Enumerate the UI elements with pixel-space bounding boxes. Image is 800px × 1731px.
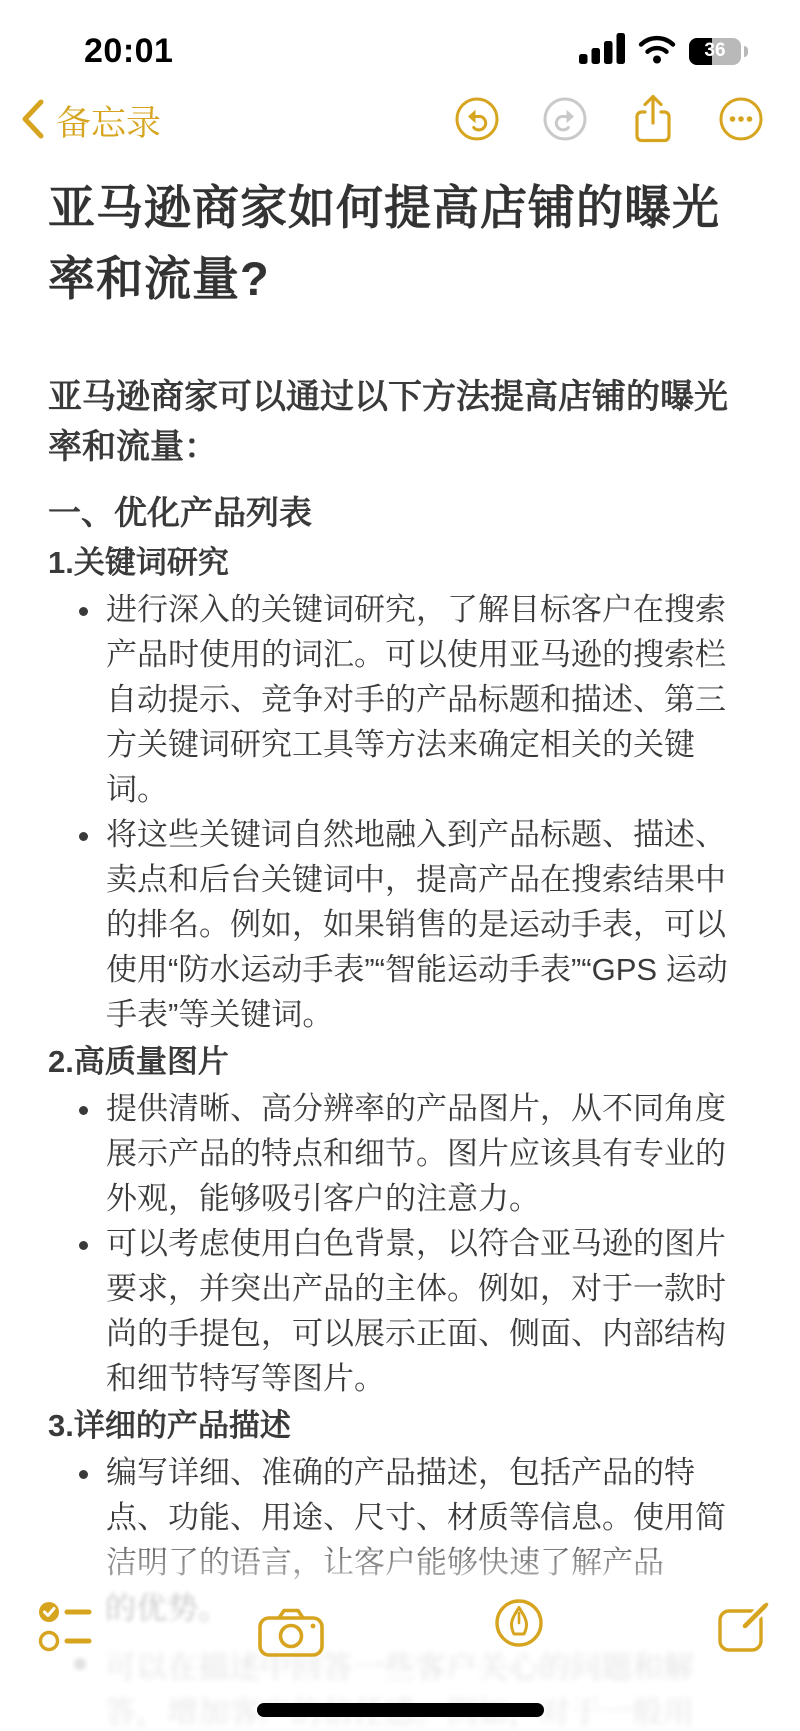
markup-icon [494,1635,544,1652]
share-button[interactable] [630,96,676,146]
back-button[interactable]: 备忘录 [20,96,161,146]
bullet-item: 可以考虑使用白色背景，以符合亚马逊的图片要求，并突出产品的主体。例如，对于一款时… [104,1221,746,1401]
more-button[interactable] [718,96,764,146]
checklist-button[interactable] [38,1598,92,1661]
status-icons: 36 [579,33,748,69]
redo-icon [542,96,588,147]
markup-button[interactable] [494,1598,544,1653]
battery-nub [744,46,748,57]
subsection-heading-images: 2.高质量图片 [48,1037,746,1086]
back-chevron-icon [20,98,46,145]
redo-button[interactable] [542,96,588,146]
undo-button[interactable] [454,96,500,146]
section-heading-1: 一、优化产品列表 [48,488,746,538]
nav-bar: 备忘录 [0,88,800,154]
undo-icon [454,96,500,147]
nav-actions [454,96,764,146]
note-intro: 亚马逊商家可以通过以下方法提高店铺的曝光率和流量： [48,372,746,472]
more-icon [718,96,764,147]
note-title: 亚马逊商家如何提高店铺的曝光率和流量? [48,172,746,314]
note-content: 亚马逊商家如何提高店铺的曝光率和流量? 亚马逊商家可以通过以下方法提高店铺的曝光… [0,150,800,1585]
battery-icon: 36 [689,38,741,65]
camera-button[interactable] [258,1606,324,1663]
home-indicator[interactable] [257,1703,544,1717]
bullet-item: 将这些关键词自然地融入到产品标题、描述、卖点和后台关键词中，提高产品在搜索结果中… [104,812,746,1037]
wifi-icon [637,34,677,69]
subsection-heading-description: 3.详细的产品描述 [48,1401,746,1450]
back-button-label: 备忘录 [56,96,161,146]
cellular-signal-icon [579,33,625,69]
bullet-list-keywords: 进行深入的关键词研究，了解目标客户在搜索产品时使用的词汇。可以使用亚马逊的搜索栏… [48,587,746,1037]
bullet-item: 提供清晰、高分辨率的产品图片，从不同角度展示产品的特点和细节。图片应该具有专业的… [104,1086,746,1221]
compose-icon [716,1641,770,1658]
bullet-list-images: 提供清晰、高分辨率的产品图片，从不同角度展示产品的特点和细节。图片应该具有专业的… [48,1086,746,1401]
compose-button[interactable] [716,1600,770,1659]
bottom-toolbar [0,1592,800,1668]
share-icon [632,93,674,150]
subsection-heading-keywords: 1.关键词研究 [48,538,746,587]
camera-icon [258,1645,324,1662]
notes-app-screen: 20:01 36 [0,0,800,1731]
battery-percent-label: 36 [689,38,741,65]
bullet-item: 进行深入的关键词研究，了解目标客户在搜索产品时使用的词汇。可以使用亚马逊的搜索栏… [104,587,746,812]
status-bar: 20:01 36 [0,0,800,80]
checklist-icon [38,1643,92,1660]
clock-label: 20:01 [84,32,173,71]
